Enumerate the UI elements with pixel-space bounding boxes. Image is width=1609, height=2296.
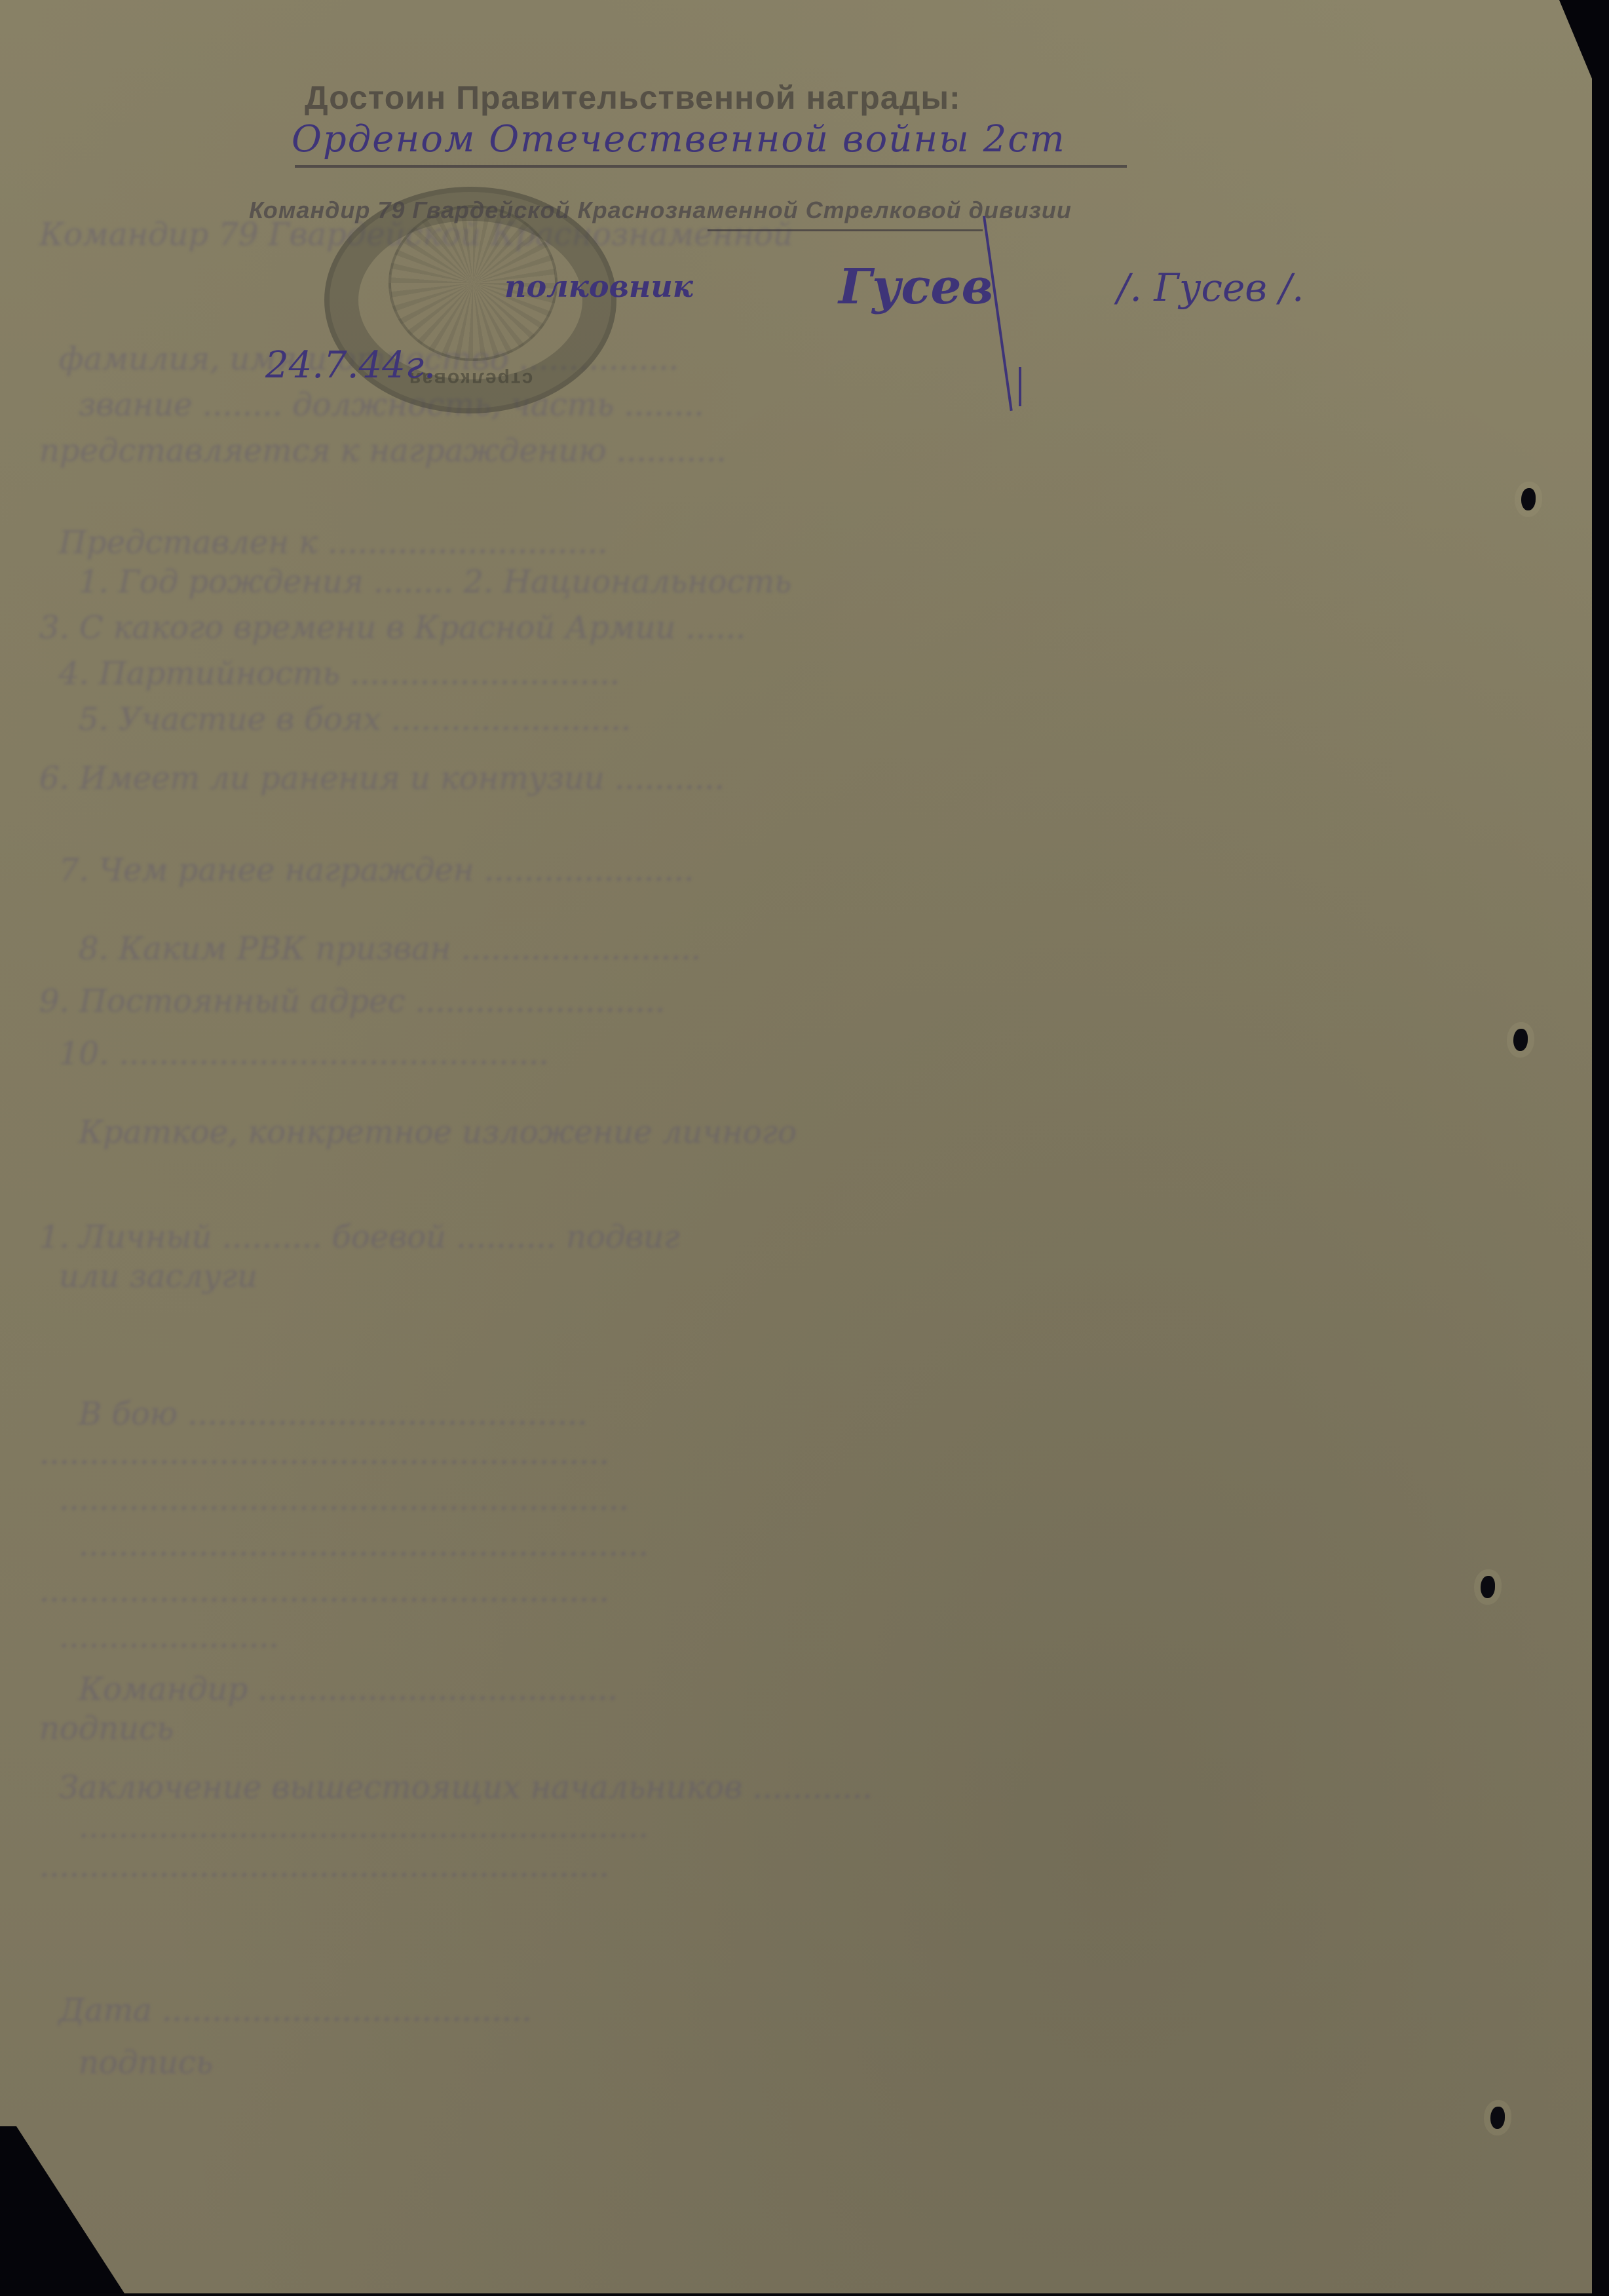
faded-text-line: Командир ...............................… [79, 1671, 618, 1708]
printed-commander-line: Командир 79 Гвардейской Краснознаменной … [249, 197, 1072, 224]
signature-name-block: /. Гусев /. [1117, 265, 1304, 310]
handwritten-rank: полковник [504, 269, 693, 304]
commander-signature: Гусев [839, 259, 993, 315]
faded-text-line: 5. Участие в боях ......................… [79, 701, 631, 738]
handwritten-award-name: Орденом Отечественной войны 2ст [292, 118, 1066, 161]
faded-text-line: 3. С какого времени в Красной Армии ....… [39, 609, 746, 646]
faded-text-line: 6. Имеет ли ранения и контузии .........… [39, 760, 725, 797]
punch-hole-icon [1490, 2107, 1505, 2129]
punch-hole-icon [1513, 1029, 1528, 1051]
faded-text-line: Представлен к ..........................… [59, 524, 607, 561]
faded-text-line: 8. Каким РВК призван ...................… [79, 930, 701, 967]
faded-text-line: Заключение вышестоящих начальников .....… [59, 1769, 873, 1806]
faded-text-line: ...................... [59, 1618, 279, 1655]
faded-text-line: ........................................… [39, 1848, 609, 1885]
faded-text-line: В бою ..................................… [79, 1396, 588, 1432]
faded-text-line: ........................................… [39, 1435, 609, 1472]
handwritten-date: 24.7.44г. [265, 344, 436, 387]
faded-text-line: 10. ....................................… [59, 1035, 549, 1072]
award-underline [295, 165, 1127, 168]
faded-text-line: 7. Чем ранее награжден .................… [59, 852, 694, 889]
faded-text-line: подпись [39, 1710, 174, 1747]
faded-text-line: ........................................… [79, 1808, 649, 1845]
faded-text-line: 9. Постоянный адрес ....................… [39, 983, 665, 1020]
printed-header-award-line: Достоин Правительственной награды: [305, 79, 961, 117]
arrow-stroke [1019, 367, 1021, 406]
punch-hole-icon [1521, 488, 1536, 510]
faded-text-line: ........................................… [39, 1573, 609, 1609]
faded-text-line: 4. Партийность .........................… [59, 655, 620, 692]
faded-text-line: 1. Год рождения ........ 2. Национальнос… [79, 564, 791, 600]
faded-text-line: представляется к награждению ........... [39, 432, 727, 469]
faded-text-line: подпись [79, 2044, 213, 2081]
faded-text-line: 1. Личный .......... боевой .......... п… [39, 1219, 679, 1255]
faded-text-line: или заслуги [59, 1258, 257, 1295]
faded-text-line: Краткое, конкретное изложение личного [79, 1114, 797, 1151]
commander-underline [708, 229, 983, 231]
faded-text-line: ........................................… [59, 1481, 629, 1518]
punch-hole-icon [1481, 1576, 1495, 1598]
faded-text-line: ........................................… [79, 1527, 649, 1563]
faded-text-line: Дата ...................................… [59, 1992, 532, 2029]
